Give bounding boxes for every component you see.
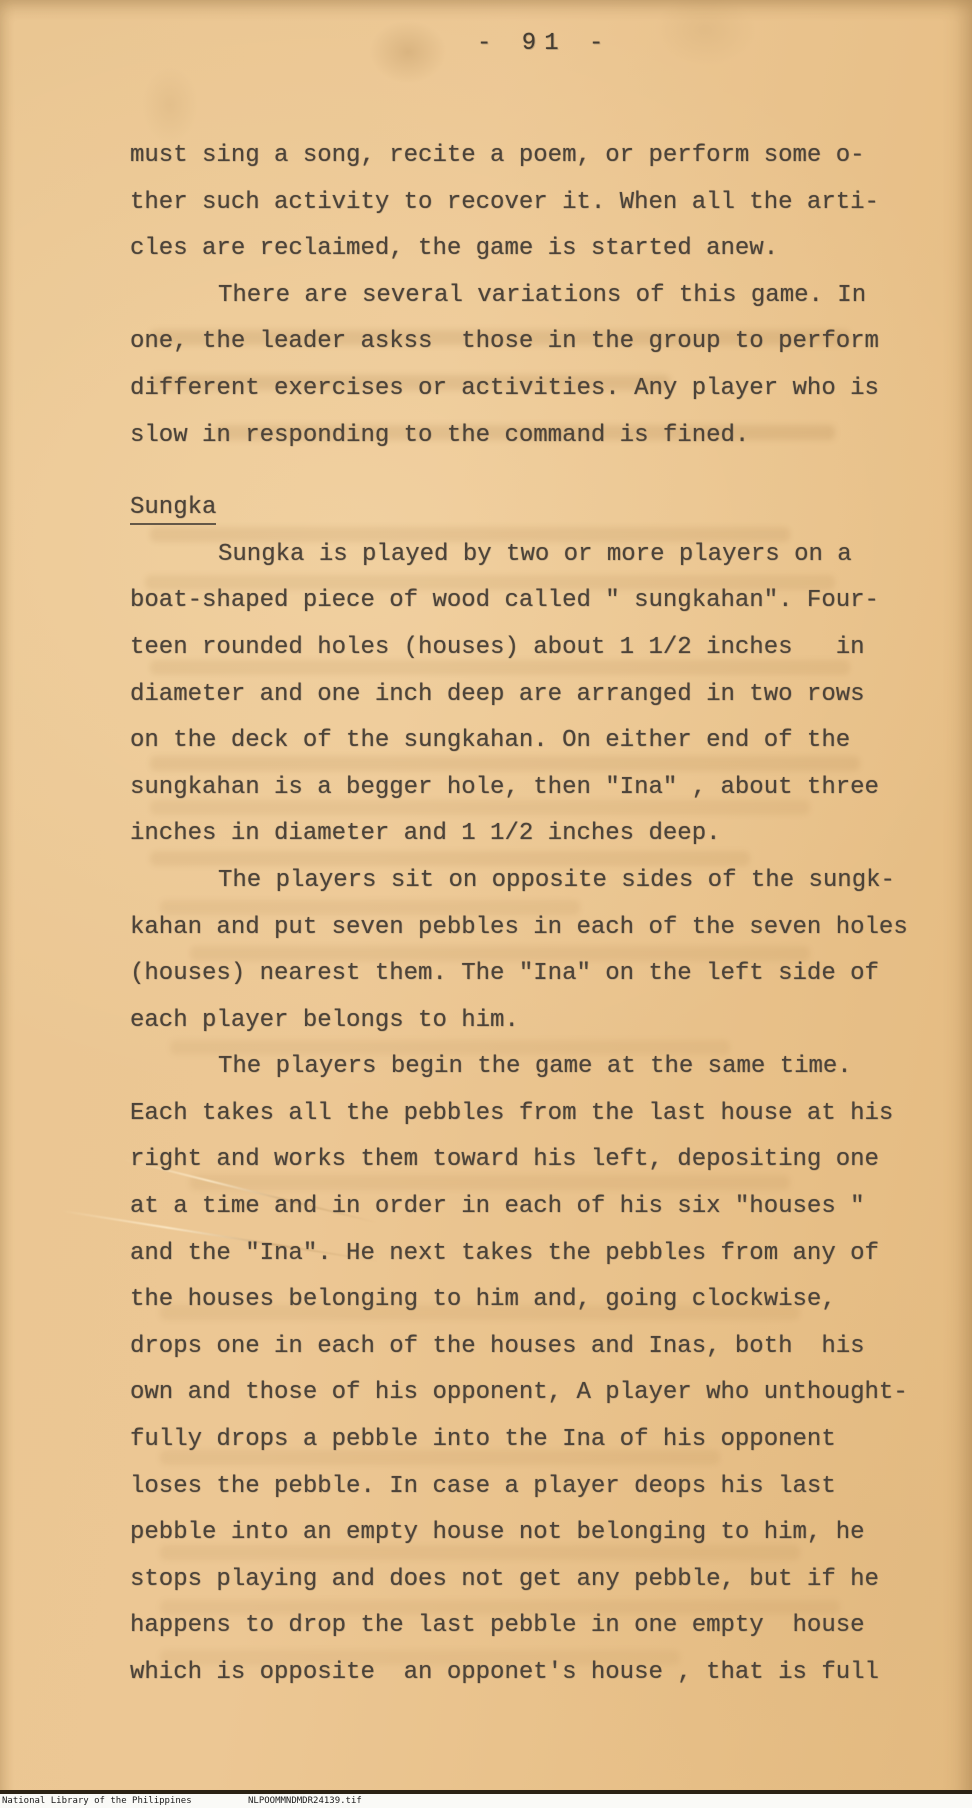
text-line: fully drops a pebble into the Ina of his…	[130, 1417, 930, 1464]
text-line: (houses) nearest them. The "Ina" on the …	[130, 951, 930, 998]
text-line: Sungka is played by two or more players …	[130, 532, 930, 579]
text-line: drops one in each of the houses and Inas…	[130, 1324, 930, 1371]
text-block: must sing a song, recite a poem, or perf…	[130, 133, 930, 1697]
text-line: The players sit on opposite sides of the…	[130, 858, 930, 905]
text-line: boat-shaped piece of wood called " sungk…	[130, 578, 930, 625]
library-name-label: National Library of the Philippines	[2, 1796, 192, 1806]
text-line: own and those of his opponent, A player …	[130, 1370, 930, 1417]
section-heading: Sungka	[130, 485, 930, 532]
text-line: The players begin the game at the same t…	[130, 1044, 930, 1091]
text-line: loses the pebble. In case a player deops…	[130, 1464, 930, 1511]
scan-filename-label: NLPOOMMNDMDR24139.tif	[248, 1796, 362, 1806]
scanned-page: - 91 - must sing a song, recite a poem, …	[0, 0, 972, 1808]
text-line: at a time and in order in each of his si…	[130, 1184, 930, 1231]
section-heading-text: Sungka	[130, 494, 216, 525]
text-line: teen rounded holes (houses) about 1 1/2 …	[130, 625, 930, 672]
text-line: right and works them toward his left, de…	[130, 1137, 930, 1184]
page-number: - 91 -	[477, 30, 611, 57]
text-line: on the deck of the sungkahan. On either …	[130, 718, 930, 765]
text-line: stops playing and does not get any pebbl…	[130, 1557, 930, 1604]
text-line: must sing a song, recite a poem, or perf…	[130, 133, 930, 180]
text-line: diameter and one inch deep are arranged …	[130, 672, 930, 719]
text-line: inches in diameter and 1 1/2 inches deep…	[130, 811, 930, 858]
text-line: kahan and put seven pebbles in each of t…	[130, 905, 930, 952]
text-line: happens to drop the last pebble in one e…	[130, 1603, 930, 1650]
text-line: pebble into an empty house not belonging…	[130, 1510, 930, 1557]
text-line: which is opposite an opponet's house , t…	[130, 1650, 930, 1697]
text-line: There are several variations of this gam…	[130, 273, 930, 320]
text-line: slow in responding to the command is fin…	[130, 413, 930, 460]
text-line: Each takes all the pebbles from the last…	[130, 1091, 930, 1138]
text-line: cles are reclaimed, the game is started …	[130, 226, 930, 273]
text-line: one, the leader askss those in the group…	[130, 319, 930, 366]
text-line: ther such activity to recover it. When a…	[130, 180, 930, 227]
text-line: sungkahan is a begger hole, then "Ina" ,…	[130, 765, 930, 812]
text-line: each player belongs to him.	[130, 998, 930, 1045]
text-line: and the "Ina". He next takes the pebbles…	[130, 1231, 930, 1278]
text-line: the houses belonging to him and, going c…	[130, 1277, 930, 1324]
text-line: different exercises or activities. Any p…	[130, 366, 930, 413]
scan-footer: National Library of the Philippines NLPO…	[0, 1794, 972, 1808]
